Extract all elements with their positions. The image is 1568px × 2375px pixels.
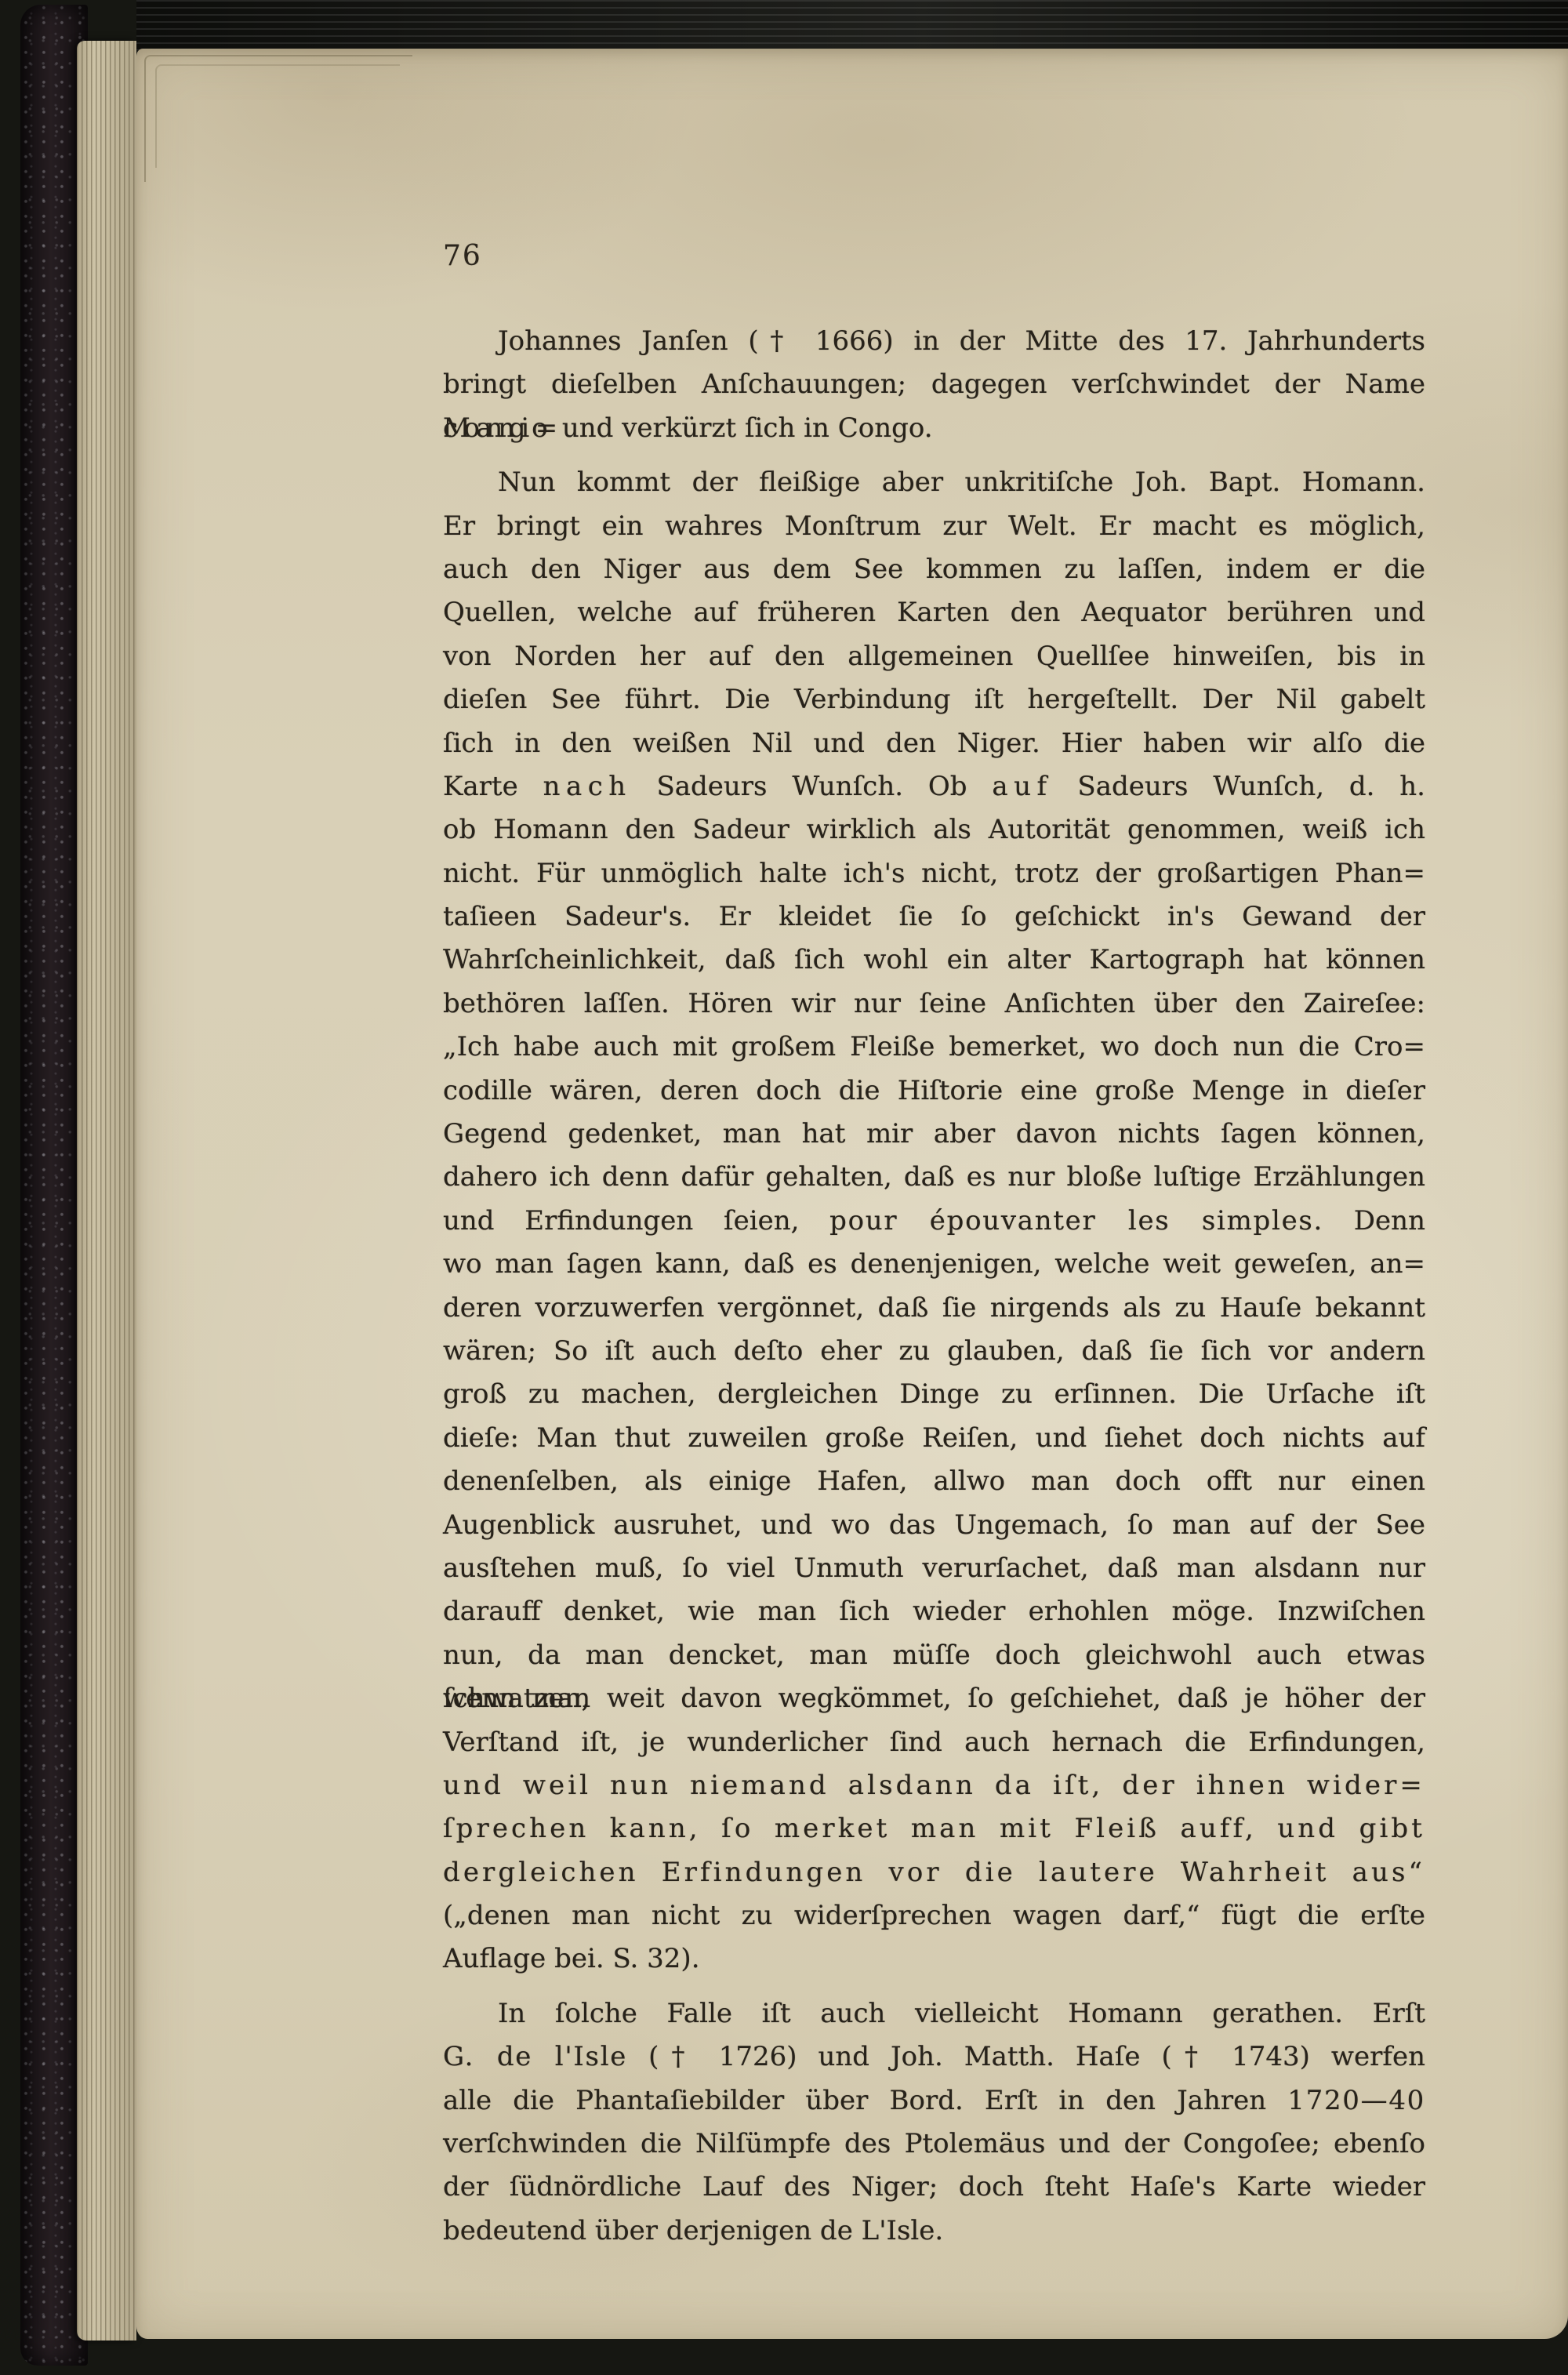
fraktur-text: dahero ich denn dafür gehalten, daß es n… <box>443 1161 1425 1193</box>
top-binding-shadow <box>136 0 1568 50</box>
text-line: Augenblick ausruhet, und wo das Ungemach… <box>443 1504 1425 1547</box>
text-line: von Norden her auf den allgemeinen Quell… <box>443 635 1425 678</box>
paragraph: Nun kommt der fleißige aber unkritiſche … <box>443 461 1425 1981</box>
fraktur-text: ſprechen kann, ſo merket man mit Fleiß a… <box>443 1813 1425 1844</box>
text-line: wären; So iſt auch deſto eher zu glauben… <box>443 1330 1425 1373</box>
text-line: Nun kommt der fleißige aber unkritiſche … <box>443 461 1425 504</box>
text-line: ſprechen kann, ſo merket man mit Fleiß a… <box>443 1807 1425 1850</box>
fraktur-text: Er bringt ein wahres Monſtrum zur Welt. … <box>443 510 1425 542</box>
fraktur-text: Augenblick ausruhet, und wo das Ungemach… <box>443 1509 1425 1541</box>
fraktur-text: Auflage bei. S. 32). <box>443 1943 700 1974</box>
fraktur-text: darauff denket, wie man ſich wieder erho… <box>443 1596 1425 1627</box>
paragraph: In ſolche Falle iſt auch vielleicht Homa… <box>443 1992 1425 2253</box>
text-line: bedeutend über derjenigen de L'Isle. <box>443 2210 1425 2253</box>
fraktur-text: Johannes Janſen († 1666) in der Mitte de… <box>498 325 1425 357</box>
text-line: Johannes Janſen († 1666) in der Mitte de… <box>443 320 1425 363</box>
letterspaced-text: nach <box>543 771 632 802</box>
text-line: der ſüdnördliche Lauf des Niger; doch ſt… <box>443 2166 1425 2209</box>
text-line: taſieen Sadeur's. Er kleidet ſie ſo geſc… <box>443 895 1425 939</box>
text-line: ſich in den weißen Nil und den Niger. Hi… <box>443 722 1425 765</box>
antiqua-text: 1720—40 <box>1287 2085 1425 2116</box>
text-line: Er bringt ein wahres Monſtrum zur Welt. … <box>443 505 1425 548</box>
fraktur-text: der ſüdnördliche Lauf des Niger; doch ſt… <box>443 2171 1425 2203</box>
text-line: auch den Niger aus dem See kommen zu laſ… <box>443 548 1425 591</box>
fraktur-text: und weil nun niemand alsdann da iſt, der… <box>443 1770 1425 1801</box>
text-line: nun, da man dencket, man müſſe doch glei… <box>443 1634 1425 1677</box>
text-line: bringt dieſelben Anſchauungen; dagegen v… <box>443 363 1425 406</box>
fraktur-text: wären; So iſt auch deſto eher zu glauben… <box>443 1335 1425 1367</box>
text-line: dieſe: Man thut zuweilen große Reiſen, u… <box>443 1417 1425 1460</box>
text-line: dieſen See führt. Die Verbindung iſt her… <box>443 678 1425 721</box>
fraktur-text: Gegend gedenket, man hat mir aber davon … <box>443 1118 1425 1149</box>
letterspaced-text: congo <box>443 412 554 444</box>
fraktur-text: Quellen, welche auf früheren Karten den … <box>443 597 1425 628</box>
antiqua-text: pour épouvanter les simples. <box>829 1205 1323 1237</box>
fraktur-text: wo man ſagen kann, daß es denenjenigen, … <box>443 1248 1425 1280</box>
text-line: und Erfindungen ſeien, pour épouvanter l… <box>443 1200 1425 1243</box>
text-line: wenn man weit davon wegkömmet, ſo geſchi… <box>443 1677 1425 1720</box>
fraktur-text: Denn <box>1323 1205 1425 1237</box>
page-number: 76 <box>443 240 482 272</box>
antiqua-text: G. de l'Isle <box>443 2041 627 2072</box>
fraktur-text: codille wären, deren doch die Hiſtorie e… <box>443 1075 1425 1106</box>
text-line: („denen man nicht zu widerſprechen wagen… <box>443 1894 1425 1937</box>
text-line: Quellen, welche auf früheren Karten den … <box>443 591 1425 634</box>
fore-edge-page-stack <box>77 41 136 2341</box>
text-line: bethören laſſen. Hören wir nur ſeine Anſ… <box>443 982 1425 1026</box>
fraktur-text: In ſolche Falle iſt auch vielleicht Homa… <box>498 1998 1425 2029</box>
fraktur-text: („denen man nicht zu widerſprechen wagen… <box>443 1900 1425 1931</box>
fraktur-text: und Erfindungen ſeien, <box>443 1205 829 1237</box>
fraktur-text: bringt dieſelben Anſchauungen; dagegen v… <box>443 369 1425 400</box>
fraktur-text: wenn man weit davon wegkömmet, ſo geſchi… <box>443 1683 1425 1714</box>
fraktur-text: deren vorzuwerfen vergönnet, daß ſie nir… <box>443 1292 1425 1324</box>
fraktur-text: und verkürzt ſich in Congo. <box>554 412 933 444</box>
fraktur-text: von Norden her auf den allgemeinen Quell… <box>443 641 1425 672</box>
text-line: congo und verkürzt ſich in Congo. <box>443 407 1425 450</box>
fraktur-text: alle die Phantaſiebilder über Bord. Erſt… <box>443 2085 1287 2116</box>
text-line: ausſtehen muß, ſo viel Unmuth verurſache… <box>443 1547 1425 1590</box>
text-line: In ſolche Falle iſt auch vielleicht Homa… <box>443 1992 1425 2035</box>
text-line: wo man ſagen kann, daß es denenjenigen, … <box>443 1243 1425 1286</box>
fraktur-text: Sadeurs Wunſch. Ob <box>632 771 993 802</box>
fraktur-text: Nun kommt der fleißige aber unkritiſche … <box>498 467 1425 498</box>
text-line: nicht. Für unmöglich halte ich's nicht, … <box>443 852 1425 895</box>
fraktur-text: Verſtand iſt, je wunderlicher ſind auch … <box>443 1727 1425 1758</box>
fraktur-text: († 1726) und Joh. Matth. Haſe († 1743) w… <box>627 2041 1425 2072</box>
fraktur-text: „Ich habe auch mit großem Fleiße bemerke… <box>443 1031 1425 1062</box>
text-line: ob Homann den Sadeur wirklich als Autori… <box>443 808 1425 852</box>
text-line: Gegend gedenket, man hat mir aber davon … <box>443 1113 1425 1156</box>
text-line: Verſtand iſt, je wunderlicher ſind auch … <box>443 1721 1425 1764</box>
paragraph: Johannes Janſen († 1666) in der Mitte de… <box>443 320 1425 450</box>
text-block: Johannes Janſen († 1666) in der Mitte de… <box>443 320 1425 2264</box>
fraktur-text: verſchwinden die Nilſümpfe des Ptolemäus… <box>443 2128 1425 2159</box>
fraktur-text: taſieen Sadeur's. Er kleidet ſie ſo geſc… <box>443 901 1425 932</box>
underlying-page-corner <box>144 55 412 182</box>
text-line: deren vorzuwerfen vergönnet, daß ſie nir… <box>443 1287 1425 1330</box>
fraktur-text: Sadeurs Wunſch, d. h. <box>1053 771 1425 802</box>
fraktur-text: groß zu machen, dergleichen Dinge zu erſ… <box>443 1378 1425 1410</box>
text-line: codille wären, deren doch die Hiſtorie e… <box>443 1069 1425 1113</box>
fraktur-text: ob Homann den Sadeur wirklich als Autori… <box>443 814 1425 845</box>
fraktur-text: nicht. Für unmöglich halte ich's nicht, … <box>443 858 1425 889</box>
fraktur-text: bedeutend über derjenigen de L'Isle. <box>443 2215 943 2246</box>
text-line: Auflage bei. S. 32). <box>443 1937 1425 1981</box>
text-line: darauff denket, wie man ſich wieder erho… <box>443 1590 1425 1633</box>
fraktur-text: bethören laſſen. Hören wir nur ſeine Anſ… <box>443 988 1425 1019</box>
fraktur-text: denenſelben, als einige Hafen, allwo man… <box>443 1465 1425 1497</box>
text-line: dahero ich denn dafür gehalten, daß es n… <box>443 1156 1425 1199</box>
fraktur-text: dergleichen Erfindungen vor die lautere … <box>443 1857 1425 1888</box>
fraktur-text: dieſen See führt. Die Verbindung iſt her… <box>443 684 1425 715</box>
letterspaced-text: auf <box>992 771 1052 802</box>
text-line: dergleichen Erfindungen vor die lautere … <box>443 1851 1425 1894</box>
text-line: Karte nach Sadeurs Wunſch. Ob auf Sadeur… <box>443 765 1425 808</box>
underlying-page-corner <box>155 64 400 168</box>
fraktur-text: Wahrſcheinlichkeit, daß ſich wohl ein al… <box>443 944 1425 975</box>
text-line: und weil nun niemand alsdann da iſt, der… <box>443 1764 1425 1807</box>
text-line: denenſelben, als einige Hafen, allwo man… <box>443 1460 1425 1503</box>
fraktur-text: ſich in den weißen Nil und den Niger. Hi… <box>443 728 1425 759</box>
fraktur-text: ausſtehen muß, ſo viel Unmuth verurſache… <box>443 1552 1425 1584</box>
text-line: G. de l'Isle († 1726) und Joh. Matth. Ha… <box>443 2035 1425 2079</box>
fraktur-text: dieſe: Man thut zuweilen große Reiſen, u… <box>443 1422 1425 1454</box>
text-line: verſchwinden die Nilſümpfe des Ptolemäus… <box>443 2123 1425 2166</box>
text-line: Wahrſcheinlichkeit, daß ſich wohl ein al… <box>443 939 1425 982</box>
text-line: „Ich habe auch mit großem Fleiße bemerke… <box>443 1026 1425 1069</box>
text-line: alle die Phantaſiebilder über Bord. Erſt… <box>443 2079 1425 2123</box>
text-line: groß zu machen, dergleichen Dinge zu erſ… <box>443 1373 1425 1416</box>
fraktur-text: auch den Niger aus dem See kommen zu laſ… <box>443 554 1425 585</box>
fraktur-text: Karte <box>443 771 543 802</box>
book-scan: 76 Johannes Janſen († 1666) in der Mitte… <box>0 0 1568 2375</box>
